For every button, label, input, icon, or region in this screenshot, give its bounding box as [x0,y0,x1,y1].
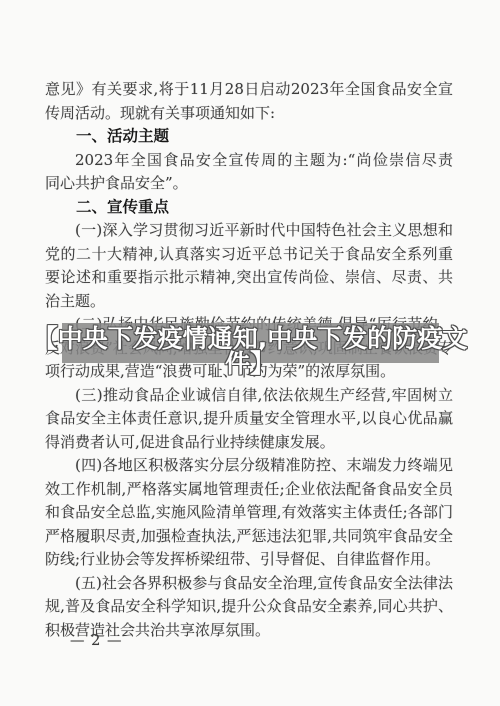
section-heading: 一、活动主题 [45,125,453,149]
body-paragraph: (一)深入学习贯彻习近平新时代中国特色社会主义思想和党的二十大精神,认真落实习近… [45,219,453,313]
body-paragraph: (五)社会各界积极参与食品安全治理,宣传食品安全法律法规,普及食品安全科学知识,… [45,572,453,643]
body-paragraph: 意见》有关要求,将于11月28日启动2023年全国食品安全宣传周活动。现就有关事… [45,78,453,125]
section-heading: 二、宣传重点 [45,196,453,220]
page-number: — 2 — [70,633,122,649]
scanned-document-page: 意见》有关要求,将于11月28日启动2023年全国食品安全宣传周活动。现就有关事… [0,0,500,706]
watermark-caption-text: 【中央下发疫情通知,中央下发的防疫文件】 [30,326,470,376]
watermark-caption: 【中央下发疫情通知,中央下发的防疫文件】 [0,326,500,376]
body-paragraph: (四)各地区积极落实分层分级精准防控、末端发力终端见效工作机制,严格落实属地管理… [45,454,453,572]
body-paragraph: (三)推动食品企业诚信自律,依法依规生产经营,牢固树立食品安全主体责任意识,提升… [45,384,453,455]
body-paragraph: 2023年全国食品安全宣传周的主题为:“尚俭崇信尽责 同心共护食品安全”。 [45,149,453,196]
